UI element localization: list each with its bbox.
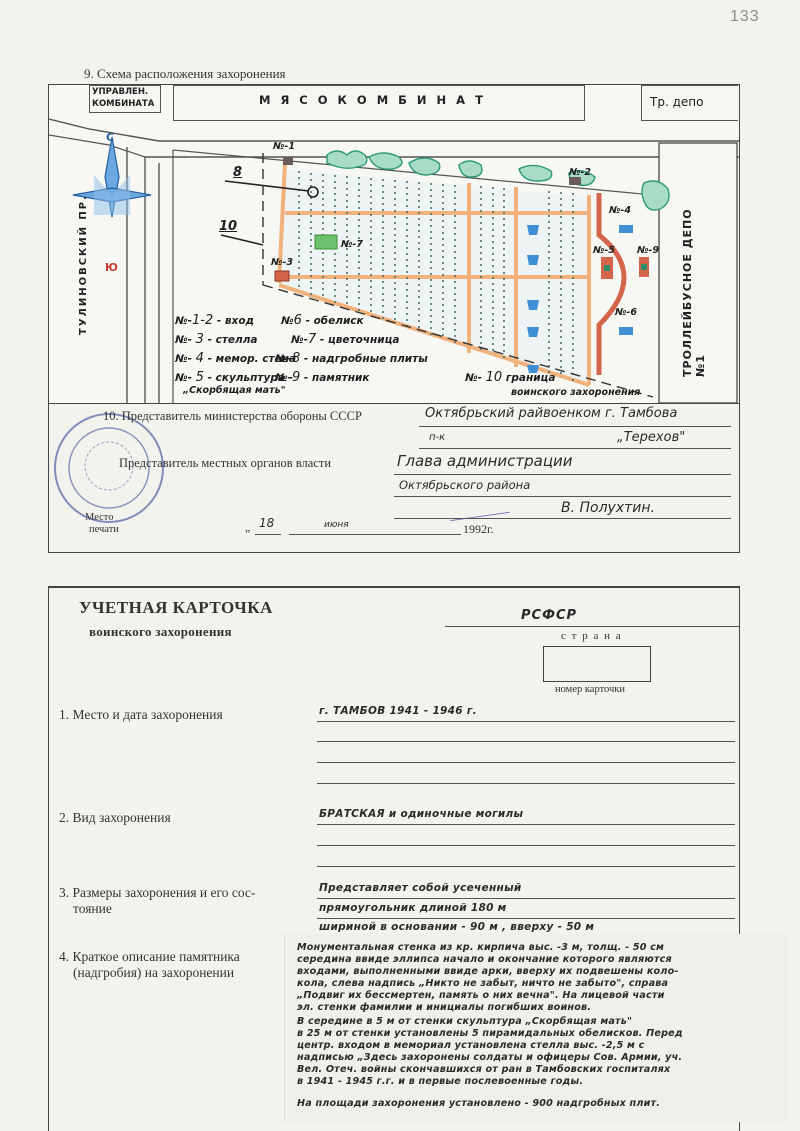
country-value: РСФСР	[521, 608, 577, 623]
field-3-value-1: Представляет собой усеченный	[319, 882, 522, 894]
description-line: Вел. Отеч. войны скончавшихся от ран в Т…	[297, 1064, 670, 1075]
compass-north-label: С	[106, 131, 114, 144]
description-line: кола, слева надпись „Никто не забыт, нич…	[297, 978, 668, 989]
callout-8: 8	[233, 165, 242, 180]
legend-item-5-name: „Скорбящая мать"	[183, 385, 286, 396]
mod-representative-value-1: Октябрьский райвоенком г. Тамбова	[425, 406, 677, 421]
description-line: В середине в 5 м от стенки скульптура „С…	[297, 1016, 632, 1027]
description-line: эл. стенки фамилии и инициалы погибших в…	[297, 1002, 591, 1013]
marker-1: №-1	[273, 141, 295, 152]
field-1-value: г. ТАМБОВ 1941 - 1946 г.	[319, 705, 477, 717]
compass-south-label: Ю	[105, 261, 118, 274]
description-line: надписью „Здесь захоронены солдаты и офи…	[297, 1052, 682, 1063]
legend-item-3: №- 3 - стелла	[175, 332, 258, 347]
date-day: 18	[259, 516, 274, 530]
page-number: 133	[730, 8, 760, 26]
callout-10: 10	[219, 219, 237, 234]
legend-item-10-cont: воинского захоронения	[511, 387, 640, 398]
date-year: 1992г.	[463, 522, 494, 537]
marker-6: №-6	[615, 307, 637, 318]
legend-item-9: №-9 - памятник	[275, 370, 369, 385]
marker-4: №-4	[609, 205, 631, 216]
field-3-label-2: тояние	[73, 900, 112, 917]
description-line: входами, выполненными ввиде арки, вверху…	[297, 966, 679, 977]
legend-item-10: №- 10 граница	[465, 370, 555, 385]
card-title: УЧЕТНАЯ КАРТОЧКА	[79, 598, 273, 618]
section-9-title: 9. Схема расположения захоронения	[84, 66, 286, 82]
legend-item-1: №-1-2 - вход	[175, 313, 254, 328]
local-representative-value-1: Глава администрации	[397, 452, 573, 470]
legend-item-7: №-7 - цветочница	[291, 332, 400, 347]
card-number-box[interactable]	[543, 646, 651, 682]
field-4-label-1: 4. Краткое описание памятника	[59, 948, 240, 965]
country-label: с т р а н а	[561, 630, 622, 642]
legend-item-8: №-8 - надгробные плиты	[275, 351, 428, 366]
description-line: „Подвиг их бессмертен, память о них вечн…	[297, 990, 665, 1001]
description-line: Монументальная стенка из кр. кирпича выс…	[297, 942, 664, 953]
representatives-section: 10. Представитель министерства обороны С…	[48, 402, 740, 553]
field-3-value-2: прямоугольник длиной 180 м	[319, 902, 507, 914]
mod-representative-name: „Терехов"	[617, 430, 685, 445]
stamp-place-label-2: печати	[89, 524, 119, 535]
marker-7: №-7	[341, 239, 363, 250]
marker-3: №-3	[271, 257, 293, 268]
legend-item-6: №6 - обелиск	[281, 313, 364, 328]
card-number-label: номер карточки	[555, 684, 625, 695]
marker-9: №-9	[637, 245, 659, 256]
field-4-label-2: (надгробия) на захоронении	[73, 964, 234, 981]
stamp-place-label-1: Место	[85, 512, 113, 523]
mod-rank: п-к	[429, 432, 445, 443]
marker-2: №-2	[569, 167, 591, 178]
description-line: На площади захоронения установлено - 900…	[297, 1098, 660, 1109]
description-line: в 1941 - 1945 г.г. и в первые послевоенн…	[297, 1076, 583, 1087]
trolleybus-depot-label: ТРОЛЛЕЙБУСНОЕ ДЕПО №1	[681, 187, 707, 377]
field-2-label: 2. Вид захоронения	[59, 809, 171, 826]
field-3-label-1: 3. Размеры захоронения и его сос-	[59, 884, 255, 901]
description-line: центр. входом в мемориал установлена сте…	[297, 1040, 645, 1051]
description-line: в 25 м от стенки установлены 5 пирамидал…	[297, 1028, 683, 1039]
field-3-value-3: шириной в основании - 90 м , вверху - 50…	[319, 921, 594, 933]
street-label: ТУЛИНОВСКИЙ ПР.	[78, 175, 89, 335]
local-representative-name: В. Полухтин.	[561, 500, 655, 516]
marker-5: №-5	[593, 245, 615, 256]
field-2-value: БРАТСКАЯ и одиночные могилы	[319, 808, 523, 820]
local-representative-value-2: Октябрьского района	[399, 478, 530, 492]
date-open-quote: „	[245, 520, 250, 535]
field-1-label: 1. Место и дата захоронения	[59, 706, 223, 723]
description-line: середина ввиде эллипса начало и окончани…	[297, 954, 672, 965]
mod-representative-label: 10. Представитель министерства обороны С…	[103, 409, 362, 424]
burial-site-map: УПРАВЛЕН. КОМБИНАТА М Я С О К О М Б И Н …	[48, 84, 740, 404]
local-representative-label: Представитель местных органов власти	[119, 456, 331, 471]
monument-description-note: Монументальная стенка из кр. кирпича выс…	[284, 934, 789, 1122]
date-month: июня	[324, 520, 349, 530]
card-subtitle: воинского захоронения	[89, 624, 232, 640]
